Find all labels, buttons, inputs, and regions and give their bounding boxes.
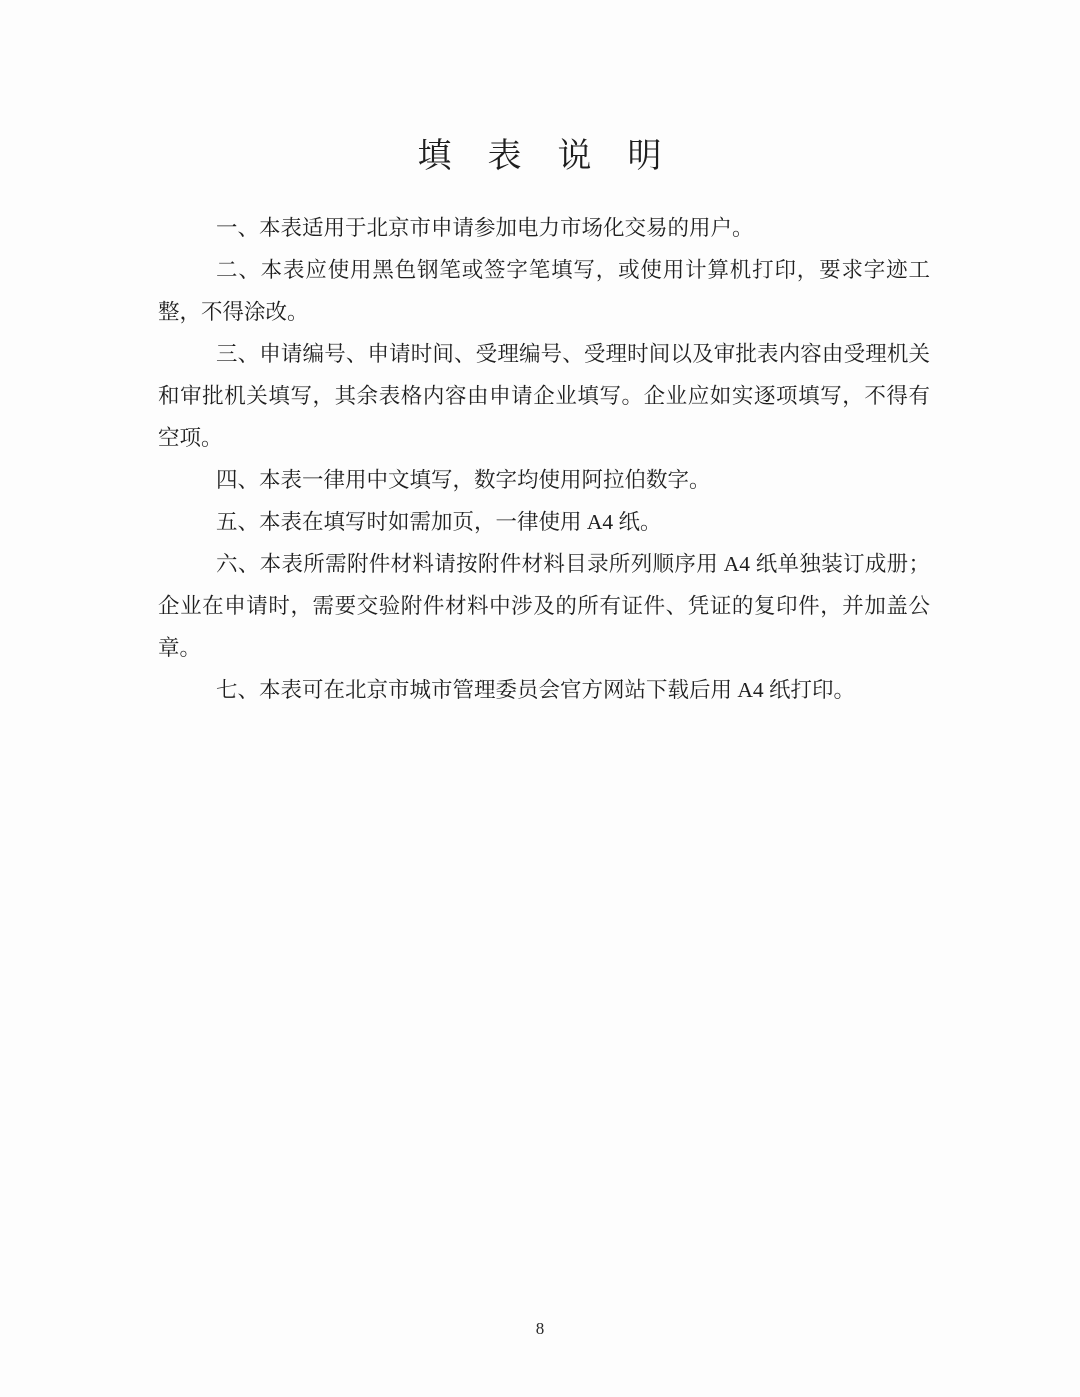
instruction-item-2: 二、本表应使用黑色钢笔或签字笔填写，或使用计算机打印，要求字迹工整，不得涂改。 [158,249,930,333]
instruction-item-6: 六、本表所需附件材料请按附件材料目录所列顺序用 A4 纸单独装订成册；企业在申请… [158,543,930,669]
instruction-item-3: 三、申请编号、申请时间、受理编号、受理时间以及审批表内容由受理机关和审批机关填写… [158,333,930,459]
document-page: 填 表 说 明 一、本表适用于北京市申请参加电力市场化交易的用户。 二、本表应使… [0,0,1080,1397]
page-title: 填 表 说 明 [0,128,1080,177]
instruction-item-4: 四、本表一律用中文填写，数字均使用阿拉伯数字。 [158,459,930,501]
instruction-item-7: 七、本表可在北京市城市管理委员会官方网站下载后用 A4 纸打印。 [158,669,930,711]
instruction-item-1: 一、本表适用于北京市申请参加电力市场化交易的用户。 [158,207,930,249]
page-number: 8 [0,1319,1080,1339]
instruction-item-5: 五、本表在填写时如需加页，一律使用 A4 纸。 [158,501,930,543]
instructions-body: 一、本表适用于北京市申请参加电力市场化交易的用户。 二、本表应使用黑色钢笔或签字… [158,207,930,711]
